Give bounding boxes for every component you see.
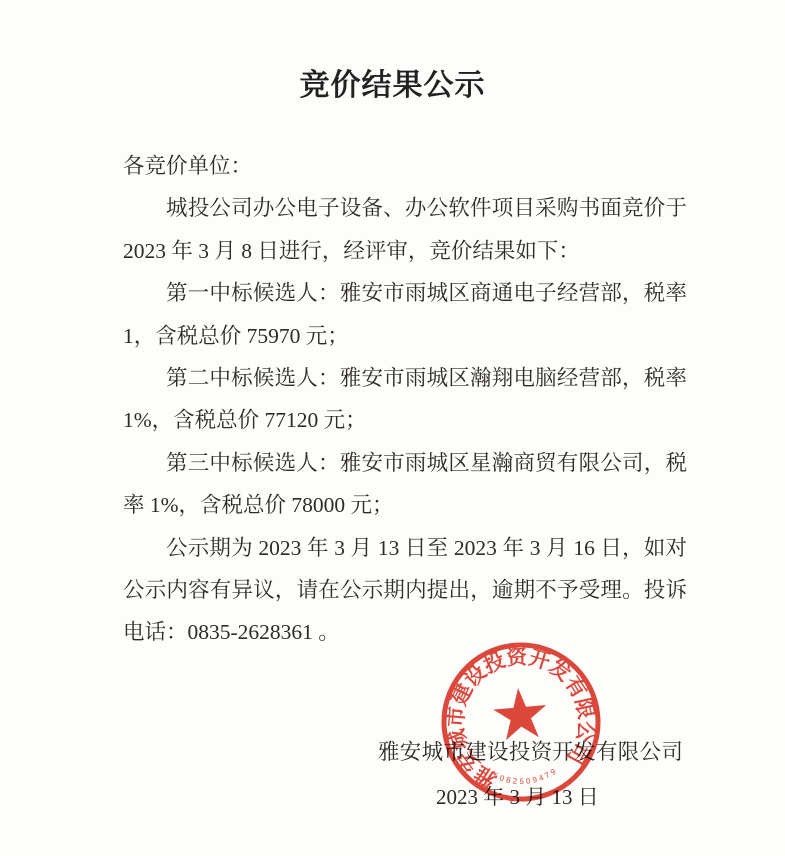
paragraph-first-candidate: 第一中标候选人：雅安市雨城区商通电子经营部，税率 1，含税总价 75970 元； [123, 272, 687, 357]
star-icon [492, 686, 549, 741]
company-seal: 雅安城市建设投资开发有限公司 5082509479 [429, 630, 613, 814]
svg-text:5082509479: 5082509479 [491, 765, 560, 789]
document-body: 各竞价单位： 城投公司办公电子设备、办公软件项目采购书面竞价于 2023 年 3… [123, 145, 687, 654]
document-title: 竞价结果公示 [0, 60, 785, 104]
paragraph-second-candidate: 第二中标候选人：雅安市雨城区瀚翔电脑经营部，税率 1%，含税总价 77120 元… [123, 357, 687, 442]
salutation-line: 各竞价单位： [123, 145, 687, 187]
scanned-document-page: 竞价结果公示 各竞价单位： 城投公司办公电子设备、办公软件项目采购书面竞价于 2… [0, 0, 785, 856]
seal-registration-number: 5082509479 [491, 765, 560, 789]
paragraph-intro: 城投公司办公电子设备、办公软件项目采购书面竞价于 2023 年 3 月 8 日进… [123, 187, 687, 272]
paragraph-publicity-period: 公示期为 2023 年 3 月 13 日至 2023 年 3 月 16 日，如对… [123, 527, 687, 654]
paragraph-third-candidate: 第三中标候选人：雅安市雨城区星瀚商贸有限公司，税率 1%，含税总价 78000 … [123, 442, 687, 527]
